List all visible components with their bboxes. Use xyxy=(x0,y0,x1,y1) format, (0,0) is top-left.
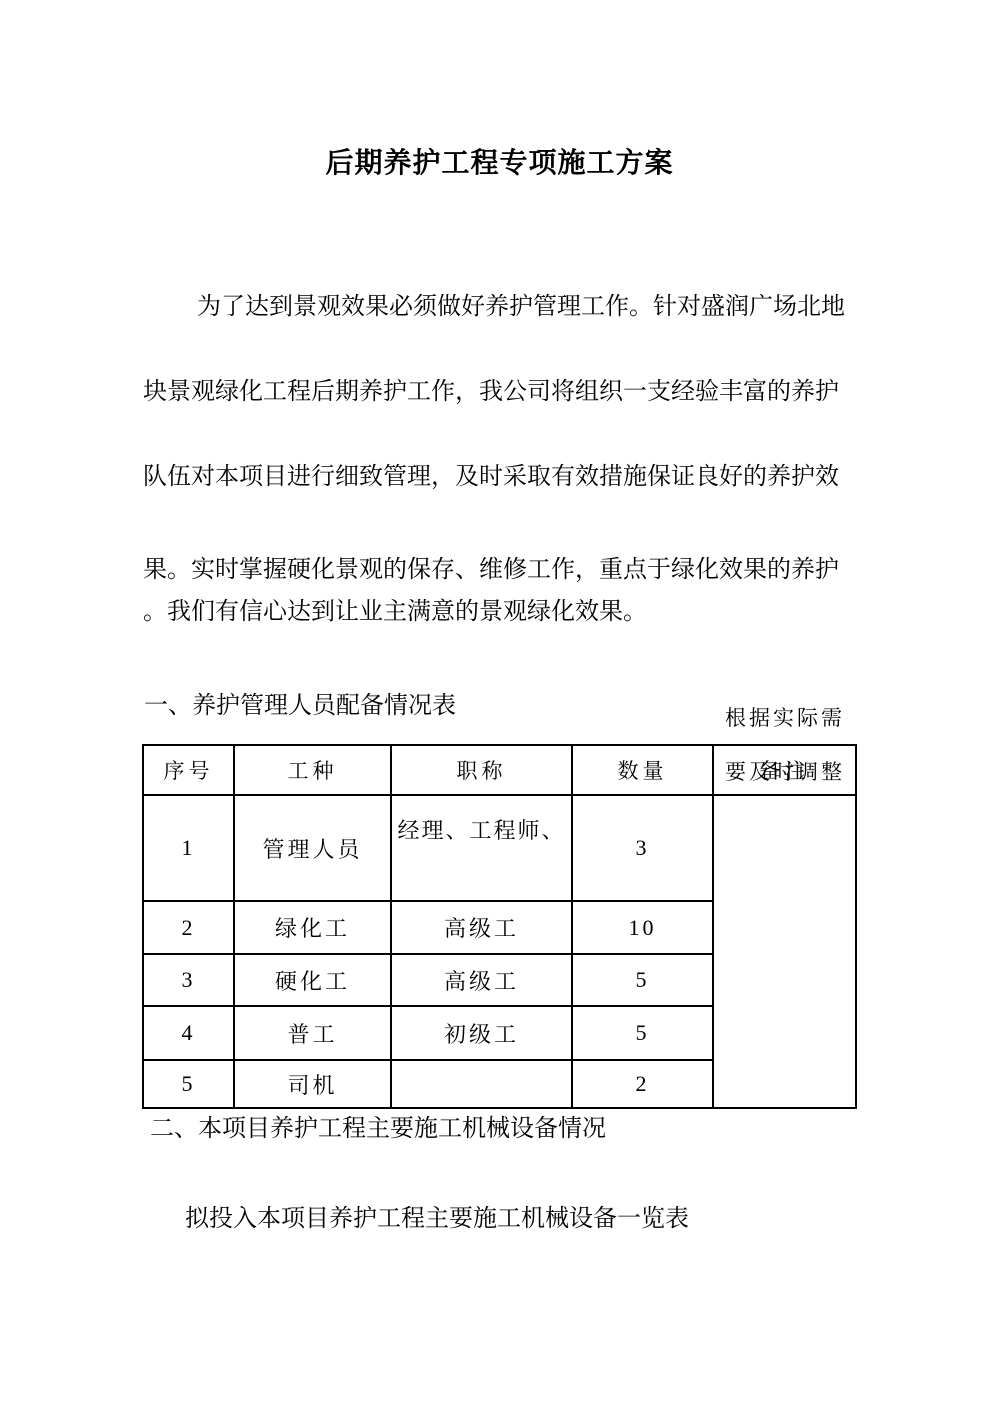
page-title: 后期养护工程专项施工方案 xyxy=(143,147,856,180)
floating-note-line2: 要及时调整 xyxy=(725,760,845,784)
cell-row5-no: 5 xyxy=(143,1060,234,1108)
equipment-table-caption: 拟投入本项目养护工程主要施工机械设备一览表 xyxy=(185,1204,689,1234)
clipped-text-block: 经理、工程师、 技术员 xyxy=(392,795,571,893)
cell-row2-title: 高级工 xyxy=(391,901,572,954)
table-row: 1 管理人员 经理、工程师、 技术员 3 xyxy=(143,795,856,901)
cell-row1-no: 1 xyxy=(143,795,234,901)
cell-row4-title: 初级工 xyxy=(391,1006,572,1060)
header-cell-no: 序号 xyxy=(143,745,234,795)
cell-remark-merged xyxy=(713,795,856,1108)
intro-line-4: 果。实时掌握硬化景观的保存、维修工作，重点于绿化效果的养护 xyxy=(143,556,839,584)
cell-row1-title: 经理、工程师、 技术员 xyxy=(391,795,572,901)
cell-row4-trade: 普工 xyxy=(234,1006,391,1060)
cell-row3-trade: 硬化工 xyxy=(234,954,391,1006)
cell-row1-trade: 管理人员 xyxy=(234,795,391,901)
cell-row5-qty: 2 xyxy=(572,1060,713,1108)
staff-allocation-table: 序号 工种 职称 数量 备注 1 管理人员 经理、工程师、 技术员 3 xyxy=(142,744,857,1109)
cell-row5-title xyxy=(391,1060,572,1108)
intro-line-1: 为了达到景观效果必须做好养护管理工作。针对盛润广场北地 xyxy=(197,293,845,321)
intro-line-2: 块景观绿化工程后期养护工作，我公司将组织一支经验丰富的养护 xyxy=(143,378,839,406)
section1-heading: 一、养护管理人员配备情况表 xyxy=(144,691,456,721)
section2-heading: 二、本项目养护工程主要施工机械设备情况 xyxy=(150,1114,606,1144)
floating-note-line1: 根据实际需 xyxy=(725,706,845,730)
intro-line-5: 。我们有信心达到让业主满意的景观绿化效果。 xyxy=(143,598,647,626)
header-cell-qty: 数量 xyxy=(572,745,713,795)
document-page: 后期养护工程专项施工方案 为了达到景观效果必须做好养护管理工作。针对盛润广场北地… xyxy=(0,0,992,1404)
cell-row3-title: 高级工 xyxy=(391,954,572,1006)
cell-row3-no: 3 xyxy=(143,954,234,1006)
cell-row1-title-line1: 经理、工程师、 xyxy=(392,795,571,871)
cell-row4-qty: 5 xyxy=(572,1006,713,1060)
cell-row1-qty: 3 xyxy=(572,795,713,901)
intro-line-3: 队伍对本项目进行细致管理，及时采取有效措施保证良好的养护效 xyxy=(143,463,839,491)
cell-row2-no: 2 xyxy=(143,901,234,954)
cell-row2-trade: 绿化工 xyxy=(234,901,391,954)
header-cell-title: 职称 xyxy=(391,745,572,795)
cell-row2-qty: 10 xyxy=(572,901,713,954)
header-cell-trade: 工种 xyxy=(234,745,391,795)
cell-row3-qty: 5 xyxy=(572,954,713,1006)
cell-row4-no: 4 xyxy=(143,1006,234,1060)
cell-row1-title-line2: 技术员 xyxy=(392,871,571,893)
cell-row5-trade: 司机 xyxy=(234,1060,391,1108)
